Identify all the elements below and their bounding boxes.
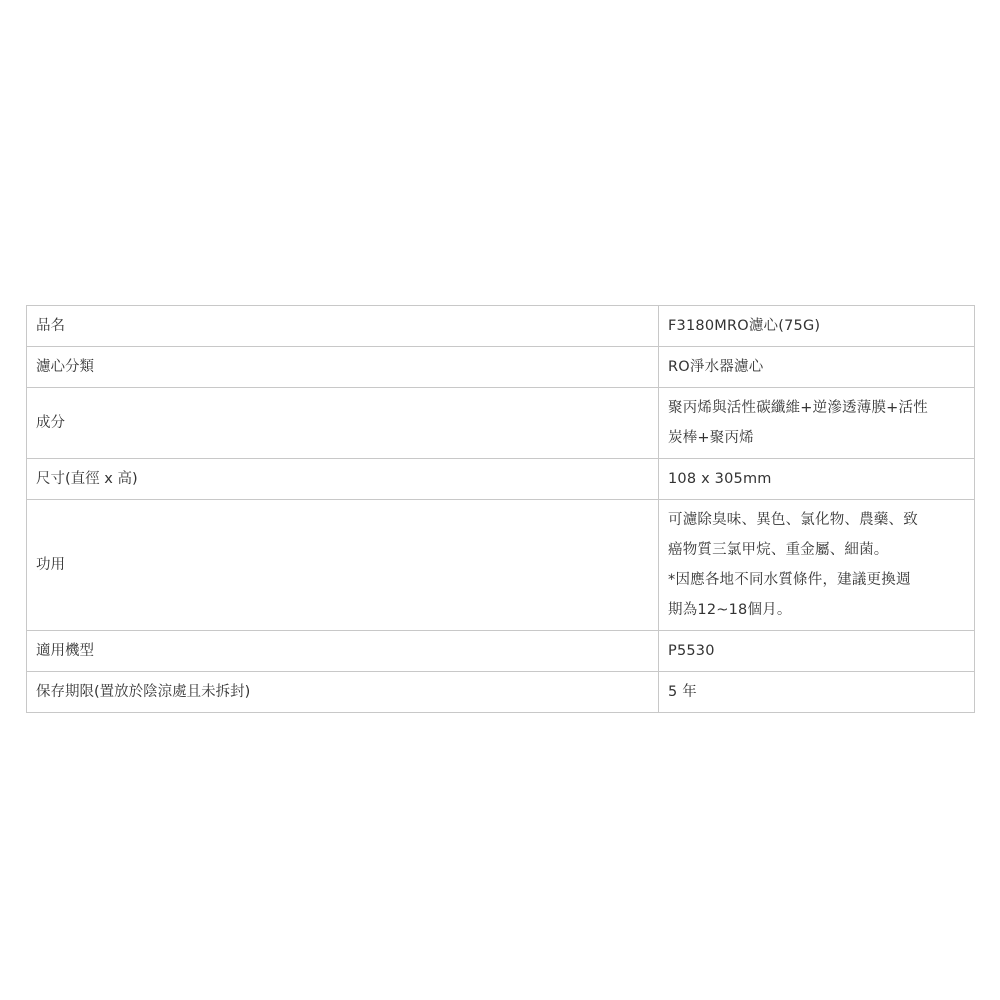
row-value: 108 x 305mm (659, 459, 975, 500)
value-line: 可濾除臭味、異色、氯化物、農藥、致 (668, 505, 966, 535)
row-value: RO淨水器濾心 (659, 347, 975, 388)
row-label: 尺寸(直徑 x 高) (27, 459, 659, 500)
table-row-function: 功用 可濾除臭味、異色、氯化物、農藥、致 癌物質三氯甲烷、重金屬、細菌。 *因應… (27, 500, 975, 631)
table-row-product-name: 品名 F3180MRO濾心(75G) (27, 306, 975, 347)
row-value: 可濾除臭味、異色、氯化物、農藥、致 癌物質三氯甲烷、重金屬、細菌。 *因應各地不… (659, 500, 975, 631)
value-line: F3180MRO濾心(75G) (668, 311, 966, 341)
table-row-composition: 成分 聚丙烯與活性碳纖維+逆滲透薄膜+活性 炭棒+聚丙烯 (27, 388, 975, 459)
value-line: 5 年 (668, 677, 966, 707)
value-line: 炭棒+聚丙烯 (668, 423, 966, 453)
row-value: P5530 (659, 631, 975, 672)
row-label: 成分 (27, 388, 659, 459)
value-line: 癌物質三氯甲烷、重金屬、細菌。 (668, 535, 966, 565)
row-value: 聚丙烯與活性碳纖維+逆滲透薄膜+活性 炭棒+聚丙烯 (659, 388, 975, 459)
value-line: 108 x 305mm (668, 464, 966, 494)
table-row-filter-category: 濾心分類 RO淨水器濾心 (27, 347, 975, 388)
value-line: *因應各地不同水質條件，建議更換週 (668, 565, 966, 595)
value-line: 期為12~18個月。 (668, 595, 966, 625)
row-label: 品名 (27, 306, 659, 347)
product-spec-table: 品名 F3180MRO濾心(75G) 濾心分類 RO淨水器濾心 成分 聚丙烯與活… (26, 305, 975, 713)
table-row-dimensions: 尺寸(直徑 x 高) 108 x 305mm (27, 459, 975, 500)
table-row-compatible-model: 適用機型 P5530 (27, 631, 975, 672)
value-line: P5530 (668, 636, 966, 666)
row-label: 功用 (27, 500, 659, 631)
row-label: 濾心分類 (27, 347, 659, 388)
table-row-shelf-life: 保存期限(置放於陰涼處且未拆封) 5 年 (27, 672, 975, 713)
row-value: F3180MRO濾心(75G) (659, 306, 975, 347)
value-line: RO淨水器濾心 (668, 352, 966, 382)
row-value: 5 年 (659, 672, 975, 713)
row-label: 適用機型 (27, 631, 659, 672)
value-line: 聚丙烯與活性碳纖維+逆滲透薄膜+活性 (668, 393, 966, 423)
row-label: 保存期限(置放於陰涼處且未拆封) (27, 672, 659, 713)
